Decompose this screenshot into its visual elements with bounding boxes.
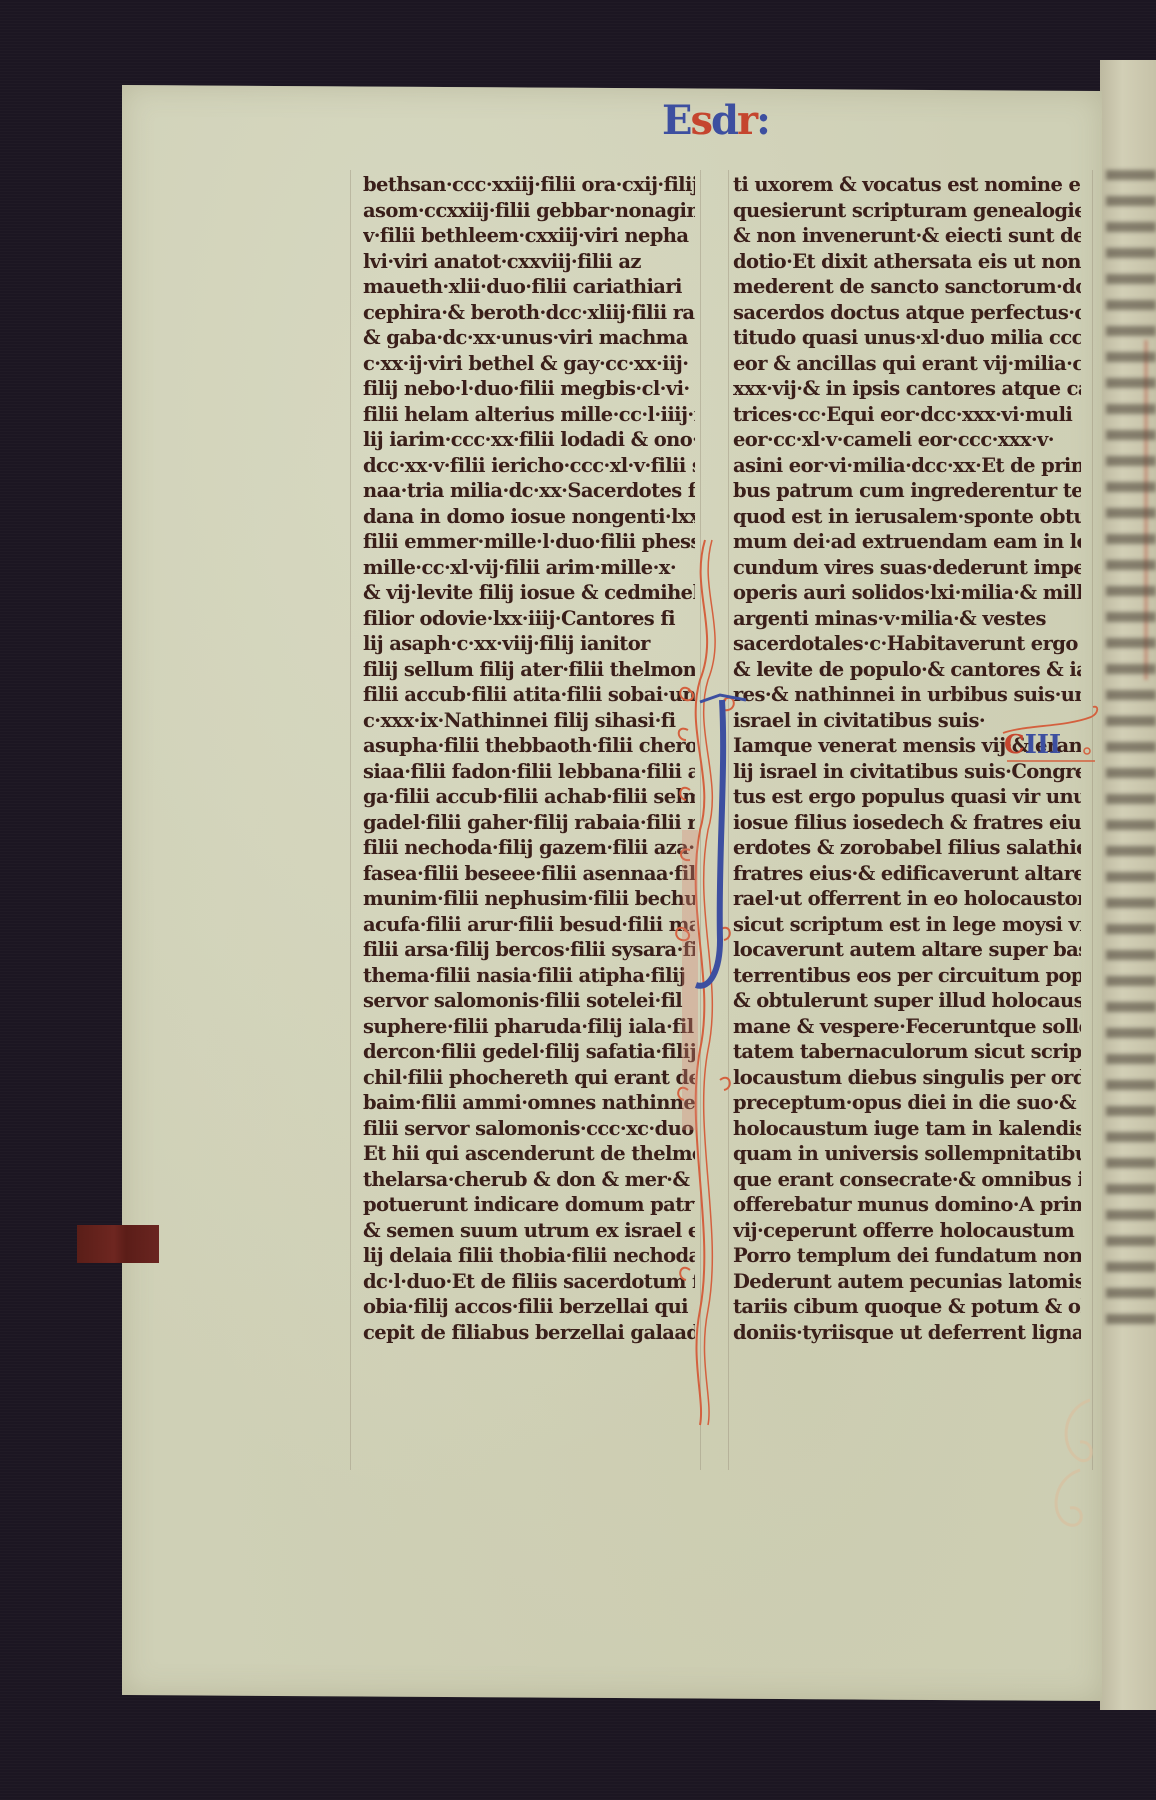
text-line: mane & vespere·Feceruntque sollempni [733,1014,1081,1040]
text-line: lvi·viri anatot·cxxviij·filii az [363,249,695,275]
text-line: acufa·filii arur·filii besud·filii mahid… [363,912,695,938]
chapter-number-part: III [1025,730,1062,760]
text-line: Porro templum dei fundatum non dum erat [733,1243,1081,1269]
running-head-part: d [711,97,737,144]
next-leaf-text-ghost [1106,1236,1156,1246]
text-line: siaa·filii fadon·filii lebbana·filii aba [363,759,695,785]
next-leaf-text-ghost [1106,1028,1156,1038]
text-line: eor & ancillas qui erant vij·milia·ccc· [733,351,1081,377]
text-line: obia·filij accos·filii berzellai qui ac [363,1294,695,1320]
running-head-part: r [737,97,756,144]
text-line: munim·filii nephusim·filii bechuc·fi [363,886,695,912]
next-leaf-text-ghost [1106,1080,1156,1090]
text-line: filii nechoda·filij gazem·filii aza·fili… [363,835,695,861]
text-line: lij delaia filii thobia·filii nechoda· [363,1243,695,1269]
text-line: baim·filii ammi·omnes nathinnei & [363,1090,695,1116]
next-leaf-text-ghost [1106,430,1156,440]
text-line: gadel·filii gaher·filij rabaia·filii ras… [363,810,695,836]
next-leaf-text-ghost [1106,1002,1156,1012]
next-leaf-text-ghost [1106,612,1156,622]
next-leaf-text-ghost [1106,690,1156,700]
next-leaf-text-ghost [1106,274,1156,284]
next-leaf-text-ghost [1106,1054,1156,1064]
text-line: thema·filii nasia·filii atipha·filij [363,963,695,989]
text-line: asini eor·vi·milia·dcc·xx·Et de principi [733,453,1081,479]
text-line: fasea·filii beseee·filii asennaa·filij [363,861,695,887]
text-line: que erant consecrate·& omnibus in quibus [733,1167,1081,1193]
text-line: locaustum diebus singulis per ordinem se… [733,1065,1081,1091]
text-line: terrentibus eos per circuitum populis te… [733,963,1081,989]
next-leaf-text-ghost [1106,924,1156,934]
text-line: titudo quasi unus·xl·duo milia ccc·lx·pr… [733,325,1081,351]
next-leaf-text-ghost [1106,1184,1156,1194]
text-line: potuerunt indicare domum patrum suor [363,1192,695,1218]
text-line: eor·cc·xl·v·cameli eor·ccc·xxx·v· [733,427,1081,453]
text-line: filii emmer·mille·l·duo·filii phessur [363,529,695,555]
text-line: offerebatur munus domino·A primo die men… [733,1192,1081,1218]
next-leaf-text-ghost [1106,1314,1156,1324]
running-head-part: s [691,97,712,144]
next-leaf-text-ghost [1106,482,1156,492]
text-line: quod est in ierusalem·sponte obtulerunt … [733,504,1081,530]
text-line: xxx·vij·& in ipsis cantores atque canta [733,376,1081,402]
next-leaf-text-ghost [1106,196,1156,206]
text-line: asom·ccxxiij·filii gebbar·nonaginta [363,198,695,224]
text-line: & levite de populo·& cantores & ianito [733,657,1081,683]
text-line: & vij·levite filij iosue & cedmihel [363,580,695,606]
text-line: cundum vires suas·dederunt impensas [733,555,1081,581]
next-leaf-text-ghost [1106,716,1156,726]
next-leaf-text-ghost [1106,742,1156,752]
next-leaf-text-ghost [1106,768,1156,778]
next-leaf-text-ghost [1106,976,1156,986]
next-leaf-text-ghost [1106,326,1156,336]
running-head-part: E [662,97,691,144]
text-line: filii servor salomonis·ccc·xc·duo· [363,1116,695,1142]
text-line: sicut scriptum est in lege moysi viri de… [733,912,1081,938]
text-line: tatem tabernaculorum sicut scriptum est·… [733,1039,1081,1065]
next-leaf-text-ghost [1106,586,1156,596]
next-leaf-text-ghost [1106,1210,1156,1220]
next-leaf-text-ghost [1106,222,1156,232]
text-line: chil·filii phochereth qui erant de asa [363,1065,695,1091]
text-line: doniis·tyriisque ut deferrent ligna [733,1320,1081,1346]
text-line: lij asaph·c·xx·viij·filij ianitor [363,631,695,657]
text-line: tus est ergo populus quasi vir unus in i… [733,784,1081,810]
text-line: sacerdos doctus atque perfectus·omnis mu… [733,300,1081,326]
text-line: maueth·xlii·duo·filii cariathiari [363,274,695,300]
next-leaf-text-ghost [1106,1158,1156,1168]
text-line: rael·ut offerrent in eo holocaustomata [733,886,1081,912]
text-line: filii helam alterius mille·cc·l·iiij·fi [363,402,695,428]
chapter-number-part: C [1004,730,1025,760]
text-line: bus patrum cum ingrederentur templum dom… [733,478,1081,504]
text-line: cephira·& beroth·dcc·xliij·filii ram [363,300,695,326]
text-line: holocaustum iuge tam in kalendis [733,1116,1081,1142]
text-line: filior odovie·lxx·iiij·Cantores fi [363,606,695,632]
text-line: tariis cibum quoque & potum & oleum sy [733,1294,1081,1320]
next-leaf-edge [1100,60,1156,1710]
next-leaf-text-ghost [1106,560,1156,570]
text-line: sacerdotales·c·Habitaverunt ergo sacerdo… [733,631,1081,657]
text-line: filij nebo·l·duo·filii megbis·cl·vi· [363,376,695,402]
text-line: dana in domo iosue nongenti·lxx·iij [363,504,695,530]
text-line: lij iarim·ccc·xx·filii lodadi & ono· [363,427,695,453]
next-leaf-text-ghost [1106,1106,1156,1116]
text-line: locaverunt autem altare super bases suas… [733,937,1081,963]
ruling-right-inner [1092,170,1093,1470]
text-line: mille·cc·xl·vij·filii arim·mille·x· [363,555,695,581]
text-line: filii accub·filii atita·filii sobai·univ… [363,682,695,708]
text-line: operis auri solidos·lxi·milia·& mille [733,580,1081,606]
text-line: quam in universis sollempnitatibus domin… [733,1141,1081,1167]
next-leaf-text-ghost [1106,1132,1156,1142]
next-leaf-text-ghost [1106,378,1156,388]
text-line: preceptum·opus diei in die suo·& post he… [733,1090,1081,1116]
next-leaf-text-ghost [1106,638,1156,648]
text-line: & semen suum utrum ex israel essent fi [363,1218,695,1244]
next-leaf-text-ghost [1106,846,1156,856]
next-leaf-text-ghost [1106,898,1156,908]
text-line: fratres eius·& edificaverunt altare dei … [733,861,1081,887]
text-line: mederent de sancto sanctorum·donec surge… [733,274,1081,300]
text-line: lij israel in civitatibus suis·Congrega [733,759,1081,785]
text-line: & gaba·dc·xx·unus·viri machma [363,325,695,351]
text-column-left: bethsan·ccc·xxiij·filii ora·cxij·filijas… [363,172,695,1345]
text-line: naa·tria milia·dc·xx·Sacerdotes filij [363,478,695,504]
next-leaf-text-ghost [1106,1262,1156,1272]
text-line: filij sellum filij ater·filii thelmon [363,657,695,683]
text-line: dercon·filii gedel·filij safatia·filij a [363,1039,695,1065]
next-leaf-text-ghost [1106,300,1156,310]
ruling-left-inner [700,170,701,1470]
text-line: ti uxorem & vocatus est nomine eor·Hij [733,172,1081,198]
text-line: res·& nathinnei in urbibus suis·universi [733,682,1081,708]
text-line: cepit de filiabus berzellai galaadi [363,1320,695,1346]
running-head-part: : [756,97,769,144]
text-line: dc·l·duo·Et de filiis sacerdotum fi [363,1269,695,1295]
next-leaf-text-ghost [1106,872,1156,882]
next-leaf-text-ghost [1106,534,1156,544]
text-line: v·filii bethleem·cxxiij·viri nepha [363,223,695,249]
text-line: & obtulerunt super illud holocaustum dom… [733,988,1081,1014]
bookmark-tab[interactable] [77,1225,159,1263]
next-leaf-text-ghost [1106,1288,1156,1298]
next-leaf-text-ghost [1106,950,1156,960]
next-leaf-text-ghost [1106,664,1156,674]
text-line: dotio·Et dixit athersata eis ut non co [733,249,1081,275]
next-leaf-text-ghost [1106,352,1156,362]
text-line: quesierunt scripturam genealogie sue [733,198,1081,224]
text-line: Dederunt autem pecunias latomis·& cem [733,1269,1081,1295]
ruling-right-outer [728,170,729,1470]
text-line: servor salomonis·filii sotelei·fil [363,988,695,1014]
text-line: c·xxx·ix·Nathinnei filij sihasi·fi [363,708,695,734]
text-line: thelarsa·cherub & don & mer·& non [363,1167,695,1193]
text-line: trices·cc·Equi eor·dcc·xxx·vi·muli [733,402,1081,428]
text-line: mum dei·ad extruendam eam in loco suo·se [733,529,1081,555]
text-line: erdotes & zorobabel filius salathiel·et [733,835,1081,861]
next-leaf-text-ghost [1106,248,1156,258]
text-line: dcc·xx·v·filii iericho·ccc·xl·v·filii se [363,453,695,479]
text-line: iosue filius iosedech & fratres eius sac [733,810,1081,836]
text-line: c·xx·ij·viri bethel & gay·cc·xx·iij· [363,351,695,377]
chapter-number: CIII [1004,730,1061,760]
next-leaf-text-ghost [1106,820,1156,830]
text-line: vij·ceperunt offerre holocaustum domino· [733,1218,1081,1244]
text-line: ga·filii accub·filii achab·filii selmay·… [363,784,695,810]
text-line: suphere·filii pharuda·filij iala·fil [363,1014,695,1040]
text-line: bethsan·ccc·xxiij·filii ora·cxij·filij [363,172,695,198]
next-leaf-text-ghost [1106,794,1156,804]
next-leaf-text-ghost [1106,456,1156,466]
next-leaf-text-ghost [1106,170,1156,180]
text-line: filii arsa·filij bercos·filii sysara·fil… [363,937,695,963]
text-line: asupha·filii thebbaoth·filii cheros·fi [363,733,695,759]
text-line: argenti minas·v·milia·& vestes [733,606,1081,632]
running-head: Esdr: [662,97,769,147]
next-leaf-text-ghost [1106,508,1156,518]
ruling-left-outer [350,170,351,1470]
text-line: & non invenerunt·& eiecti sunt de sacer [733,223,1081,249]
next-leaf-text-ghost [1106,404,1156,414]
text-line: Et hii qui ascenderunt de thelmela [363,1141,695,1167]
